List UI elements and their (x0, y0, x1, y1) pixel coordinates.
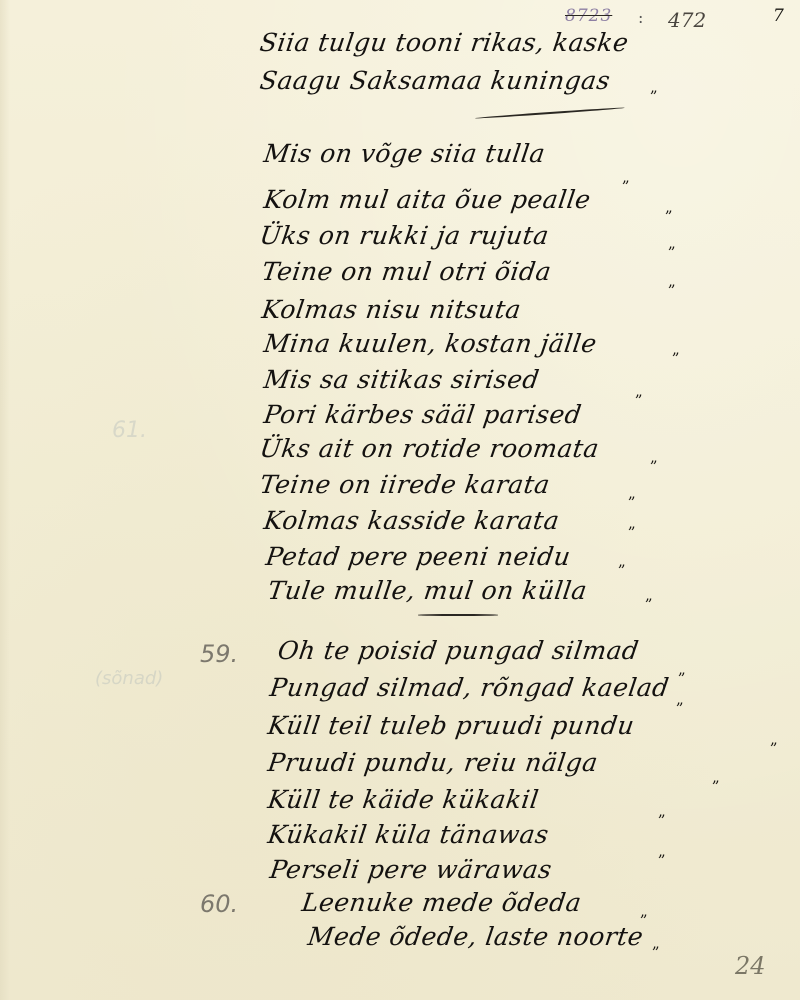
verse-line: Kolmas nisu nitsuta (260, 295, 523, 324)
ghost-verse-number: 61. (112, 418, 147, 443)
verse-line: Üks on rukki ja rujuta (258, 221, 551, 250)
ditto-mark: „ (770, 730, 778, 748)
ditto-mark: „ (658, 842, 666, 860)
ditto-mark: „ (668, 234, 676, 252)
page-mark: 7 (773, 6, 784, 26)
verse-line: Siia tulgu tooni rikas, kaske (258, 28, 630, 57)
archive-number: 472 (668, 8, 706, 32)
verse-line: Mina kuulen, kostan jälle (262, 329, 599, 358)
verse-line: Pori kärbes sääl parised (262, 400, 583, 429)
ditto-mark: „ (652, 934, 660, 952)
verse-number: 60. (200, 890, 238, 918)
verse-line: Saagu Saksamaa kuningas (258, 66, 612, 95)
ditto-mark: „ (628, 514, 636, 532)
ditto-mark: „ (665, 198, 673, 216)
ditto-mark: „ (618, 552, 626, 570)
ditto-mark: „ (640, 902, 648, 920)
ditto-mark: „ (712, 768, 720, 786)
ditto-mark: „ (678, 660, 686, 678)
verse-line: Pruudi pundu, reiu nälga (266, 748, 600, 777)
verse-line: Üks ait on rotide roomata (258, 434, 601, 463)
verse-line: Teine on iirede karata (258, 470, 552, 499)
ditto-mark: „ (645, 586, 653, 604)
verse-line: Perseli pere wärawas (268, 855, 554, 884)
verse-line: Petad pere peeni neidu (264, 542, 573, 571)
verse-line: Oh te poisid pungad silmad (276, 636, 641, 665)
ditto-mark: „ (628, 484, 636, 502)
archive-separator: : (638, 8, 643, 27)
ditto-mark: „ (658, 802, 666, 820)
verse-line: Tule mulle, mul on külla (266, 576, 589, 605)
verse-line: Leenuke mede õdeda (300, 888, 583, 917)
manuscript-page: 8723 : 472 7 61. (sõnad) Siia tulgu toon… (0, 0, 800, 1000)
ditto-mark: „ (650, 78, 658, 96)
verse-line: Küll teil tuleb pruudi pundu (266, 711, 636, 740)
verse-line: Teine on mul otri õida (260, 257, 553, 286)
archive-number-struck: 8723 (565, 6, 612, 26)
sheet-number: 24 (735, 952, 766, 980)
verse-line: Kükakil küla tänawas (266, 820, 551, 849)
ditto-mark: „ (650, 448, 658, 466)
ditto-mark: „ (622, 168, 630, 186)
verse-line: Kolmas kasside karata (262, 506, 561, 535)
ditto-mark: „ (676, 690, 684, 708)
ghost-parenthetical: (sõnad) (95, 668, 163, 689)
section-divider (418, 614, 498, 616)
verse-line: Mis on võge siia tulla (262, 139, 547, 168)
verse-line: Pungad silmad, rõngad kaelad (268, 673, 671, 702)
section-divider (475, 107, 625, 119)
ditto-mark: „ (668, 272, 676, 290)
ditto-mark: „ (672, 340, 680, 358)
verse-line: Küll te käide kükakil (266, 785, 541, 814)
verse-line: Kolm mul aita õue pealle (262, 185, 593, 214)
verse-number: 59. (200, 640, 238, 668)
paper-edge-shadow (0, 0, 10, 1000)
verse-line: Mis sa sitikas sirised (262, 365, 541, 394)
verse-line: Mede õdede, laste noorte (306, 922, 645, 951)
ditto-mark: „ (635, 382, 643, 400)
